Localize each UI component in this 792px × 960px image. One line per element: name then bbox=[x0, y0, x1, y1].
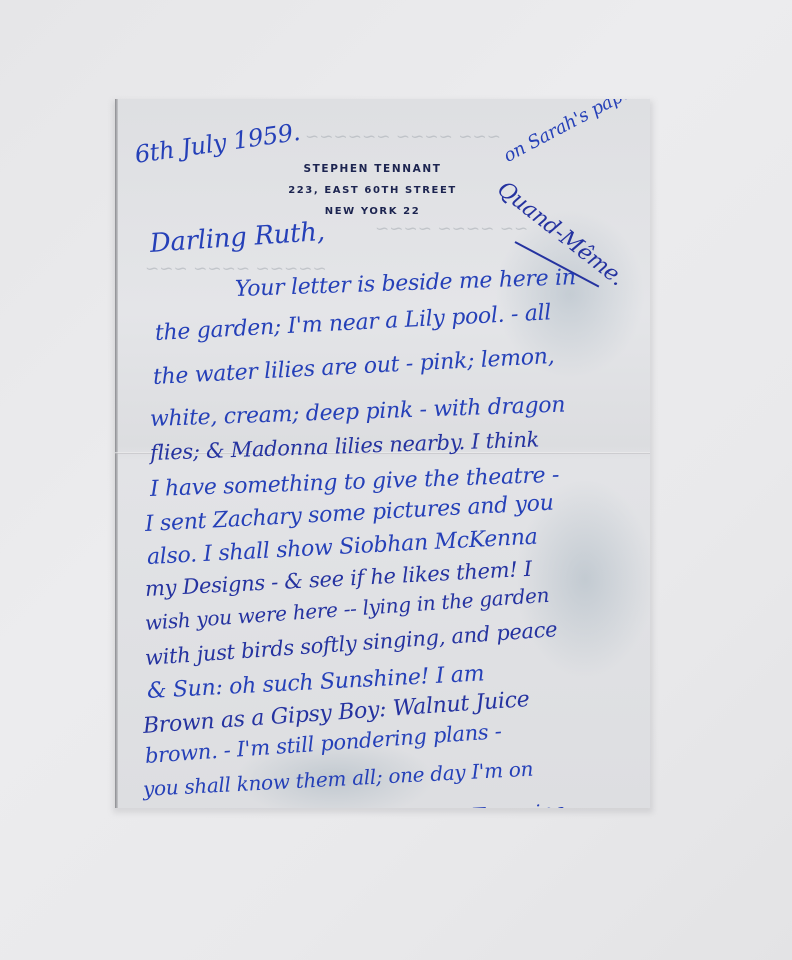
letter-sheet: ~~~ ~~~~ ~~~~~~ ~~~~~ ~~~~ ~~~ ~~ ~~~~ ~… bbox=[115, 99, 650, 808]
show-through-text: ~~~ ~~~~ ~~~~~~ bbox=[305, 127, 501, 147]
body-line: the garden; I'm near a Lily pool. - all bbox=[154, 300, 551, 346]
body-line: white, cream; deep pink - with dragon bbox=[150, 393, 566, 432]
side-note-paper: on Sarah's paper bbox=[500, 99, 643, 167]
salutation: Darling Ruth, bbox=[149, 217, 326, 259]
body-line: flies; & Madonna lilies nearby. I think bbox=[150, 427, 540, 465]
body-line: the water lilies are out - pink; lemon, bbox=[152, 344, 555, 390]
letterhead-city: NEW YORK 22 bbox=[115, 206, 640, 217]
letterhead-name: STEPHEN TENNANT bbox=[115, 163, 640, 175]
letter-date: 6th July 1959. bbox=[133, 118, 302, 169]
show-through-text: ~~ ~~~~ ~~~~ bbox=[375, 219, 528, 239]
letterhead-address: 223, EAST 60TH STREET bbox=[115, 185, 640, 196]
